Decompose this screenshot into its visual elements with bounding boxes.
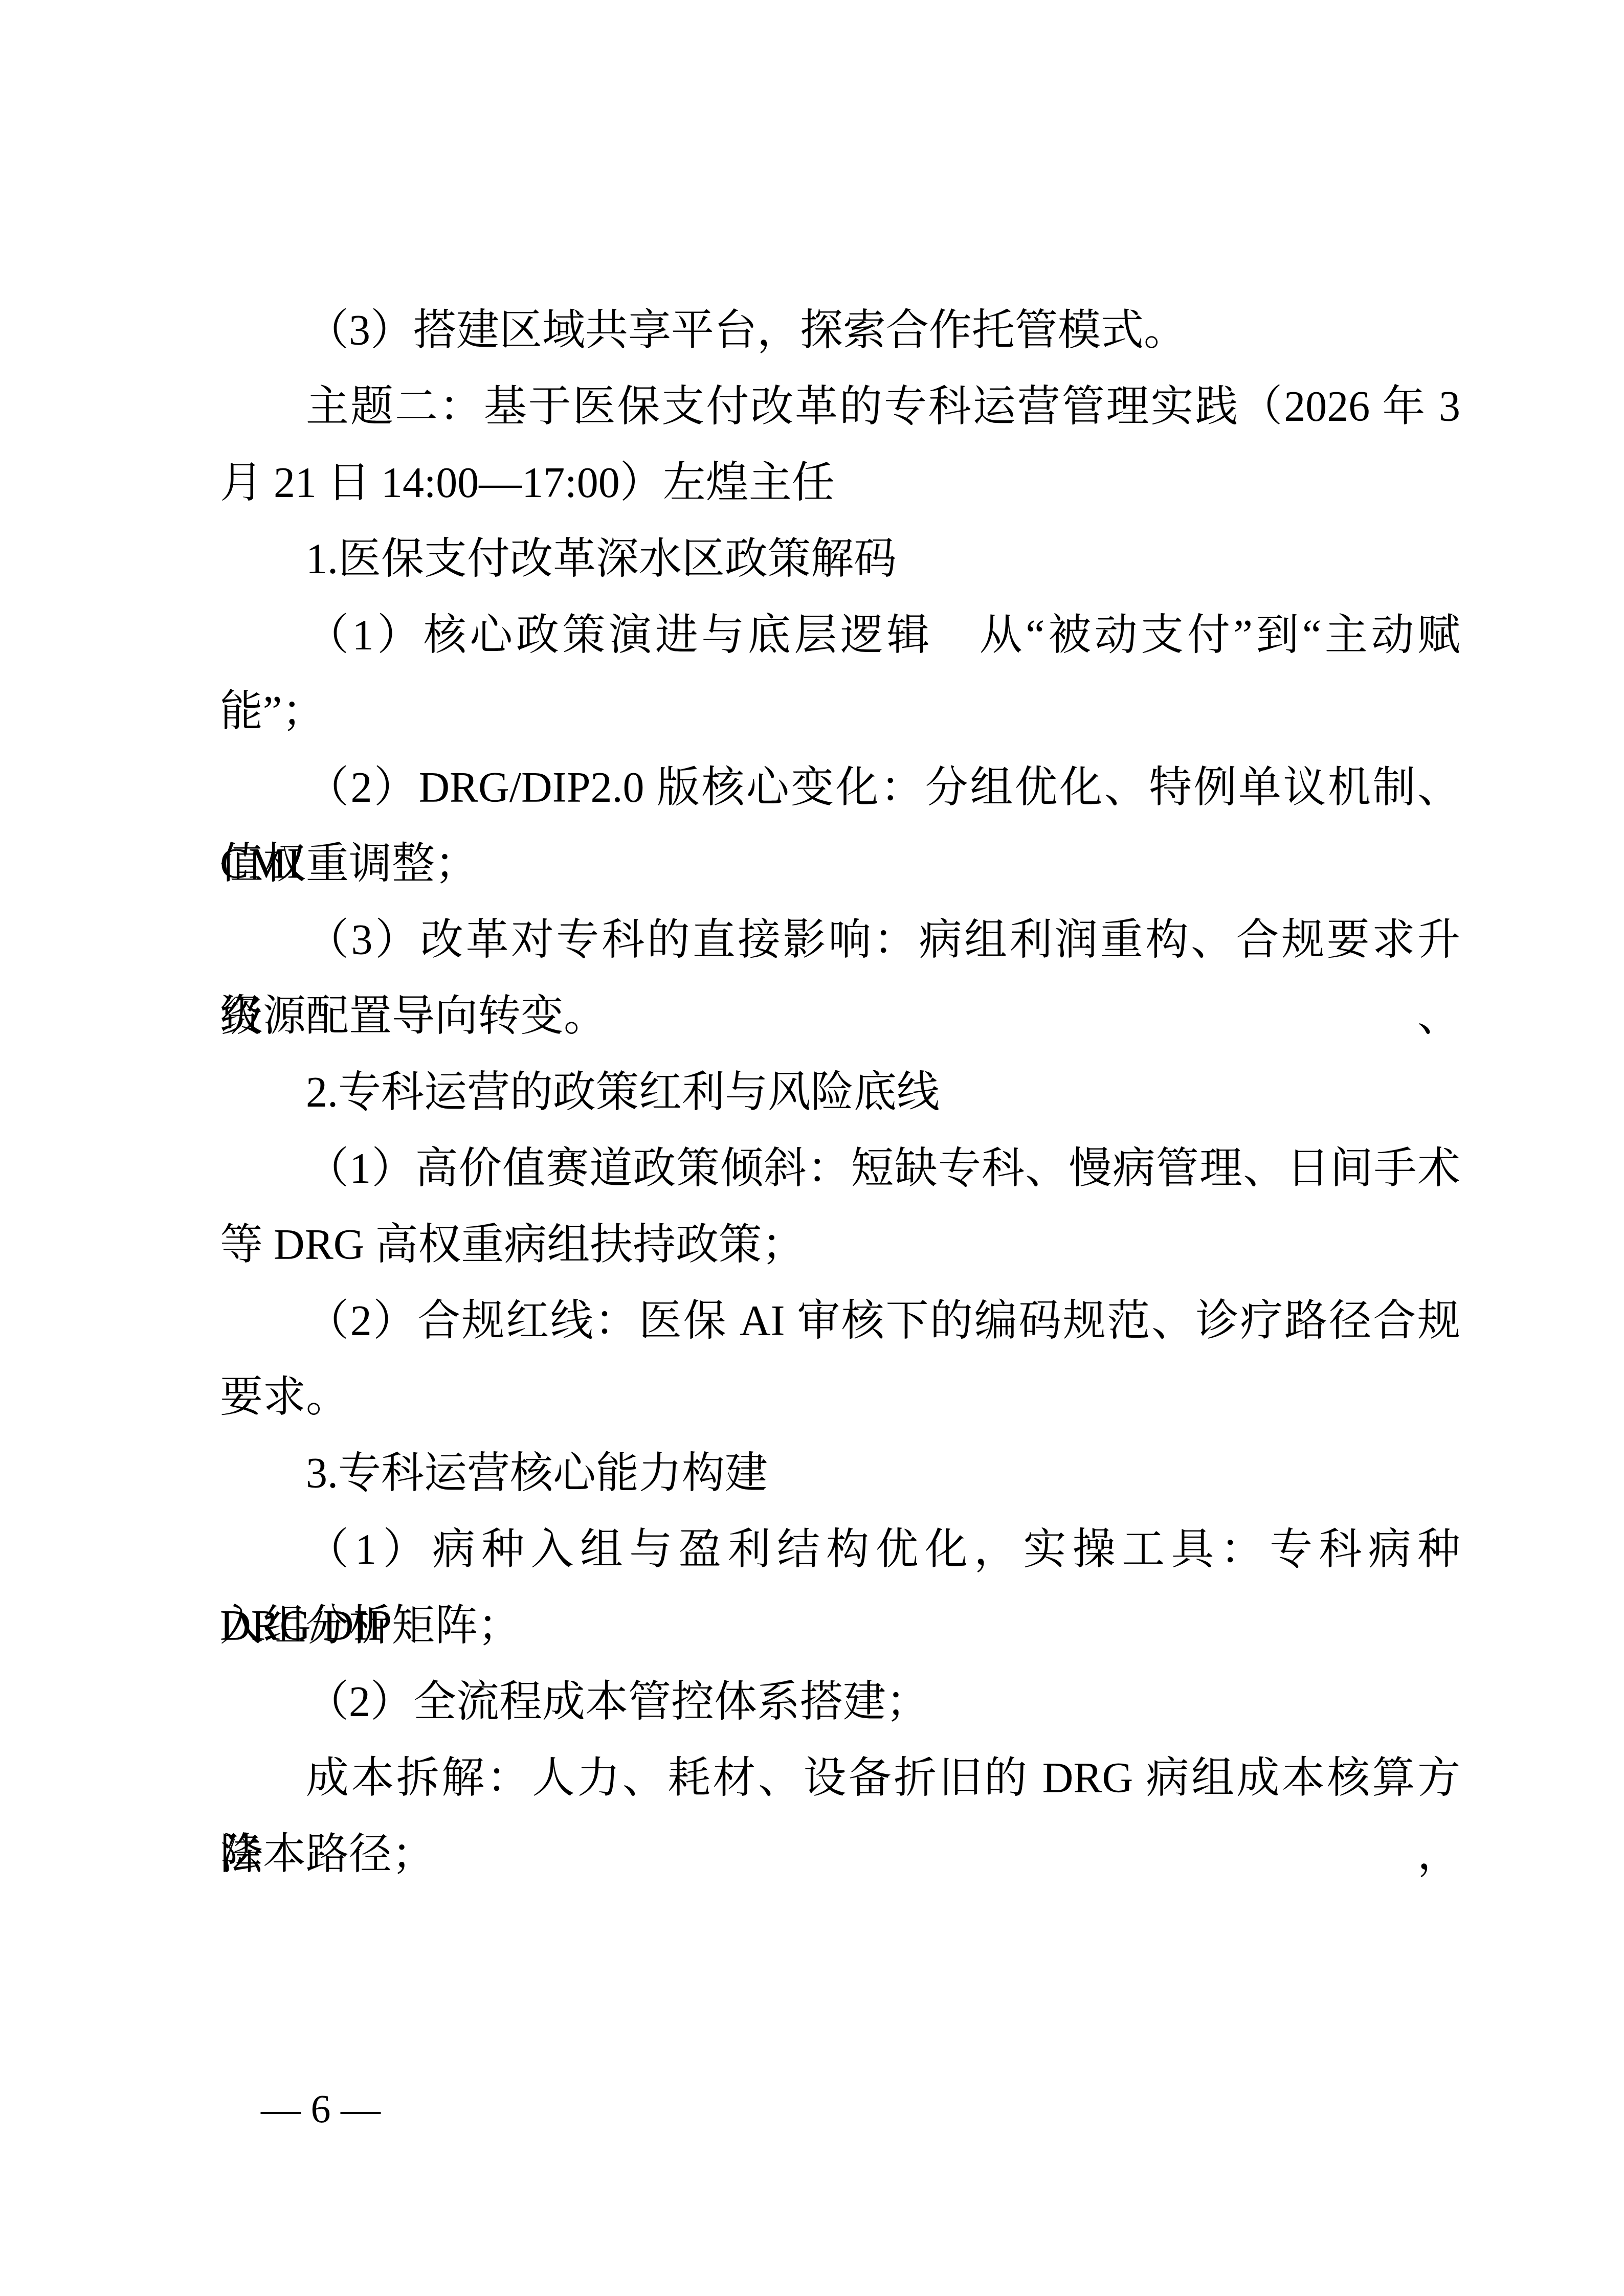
text-line: （3）改革对专科的直接影响：病组利润重构、合规要求升级、 — [220, 902, 1460, 978]
text-line: 等 DRG 高权重病组扶持政策； — [220, 1207, 1460, 1283]
text-line: 入组分析矩阵； — [220, 1588, 1460, 1664]
text-line: （1）核心政策演进与底层逻辑 从“被动支付”到“主动赋 — [220, 597, 1460, 673]
text-line: 成本拆解：人力、耗材、设备折旧的 DRG 病组成本核算方法， — [220, 1740, 1460, 1816]
document-body: （3）搭建区域共享平台，探索合作托管模式。 主题二：基于医保支付改革的专科运营管… — [220, 292, 1460, 1893]
page-number: — 6 — — [261, 2089, 381, 2129]
text-line: （2）DRG/DIP2.0 版核心变化：分组优化、特例单议机制、CMI — [220, 750, 1460, 826]
text-line: 1.医保支付改革深水区政策解码 — [220, 521, 1460, 597]
text-line: 值权重调整； — [220, 826, 1460, 902]
text-line: 2.专科运营的政策红利与风险底线 — [220, 1054, 1460, 1131]
text-line: 要求。 — [220, 1359, 1460, 1435]
text-line: 能”； — [220, 673, 1460, 750]
text-line: （2）全流程成本管控体系搭建； — [220, 1664, 1460, 1740]
text-line: （3）搭建区域共享平台，探索合作托管模式。 — [220, 292, 1460, 369]
text-line: 3.专科运营核心能力构建 — [220, 1435, 1460, 1512]
text-line: （1）高价值赛道政策倾斜：短缺专科、慢病管理、日间手术 — [220, 1131, 1460, 1207]
text-line: （2）合规红线：医保 AI 审核下的编码规范、诊疗路径合规 — [220, 1283, 1460, 1359]
text-line: 月 21 日 14:00—17:00）左煌主任 — [220, 445, 1460, 521]
text-line: 主题二：基于医保支付改革的专科运营管理实践（2026 年 3 — [220, 369, 1460, 445]
document-page: （3）搭建区域共享平台，探索合作托管模式。 主题二：基于医保支付改革的专科运营管… — [0, 0, 1624, 2296]
text-line: （1）病种入组与盈利结构优化，实操工具：专科病种 DRG/DIP — [220, 1512, 1460, 1588]
